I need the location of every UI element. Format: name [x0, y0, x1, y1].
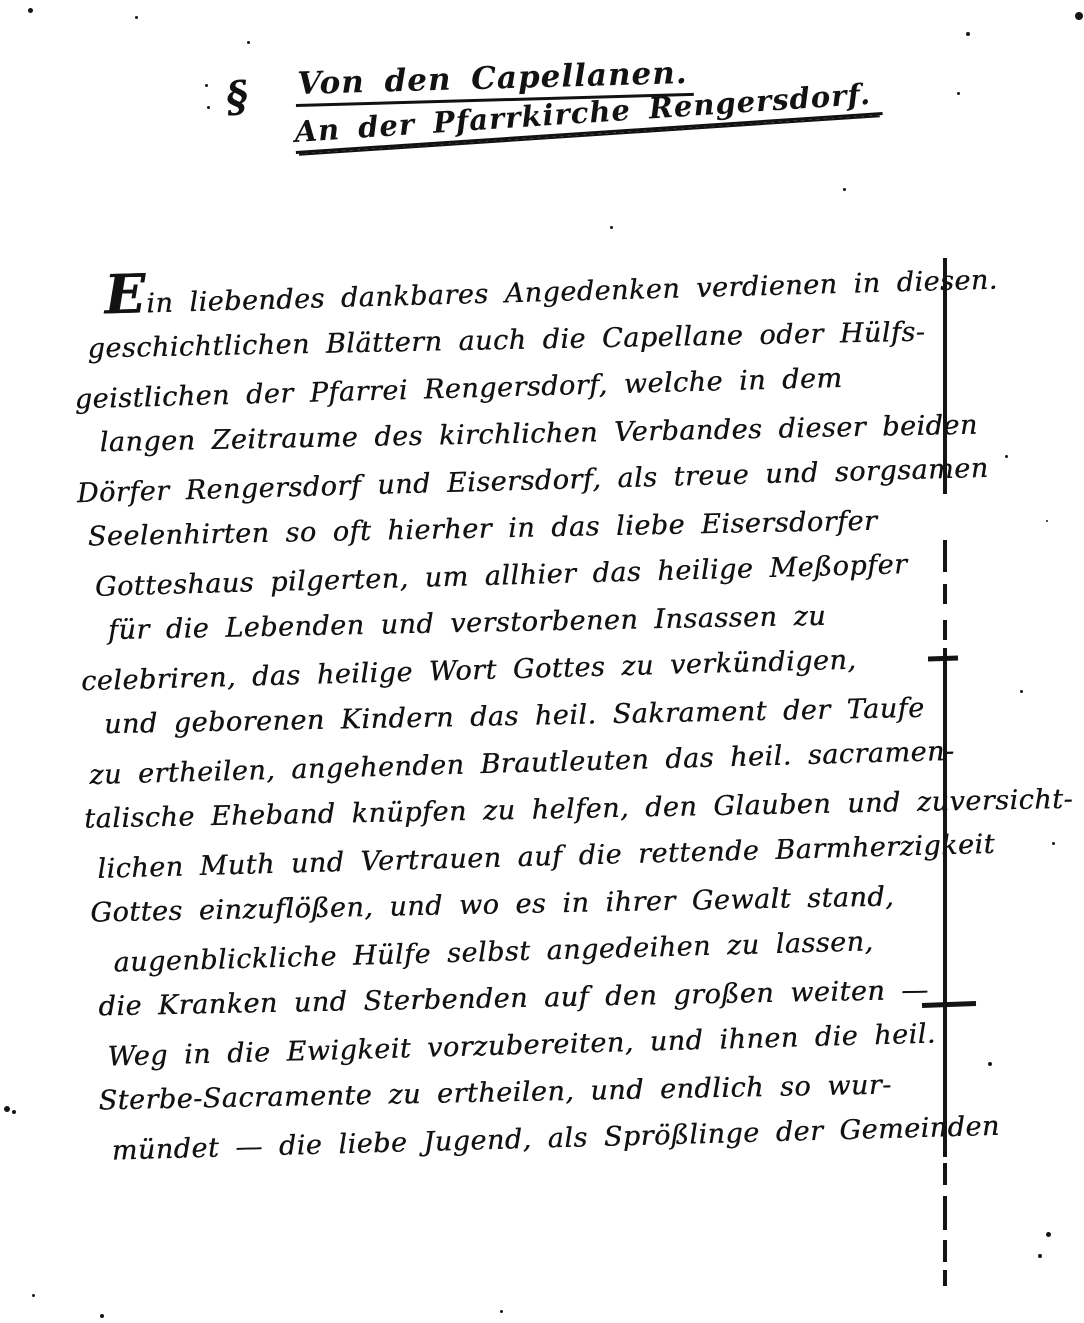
- ink-speck: [205, 84, 208, 87]
- ink-speck: [247, 41, 250, 44]
- ink-speck: [843, 188, 846, 191]
- ink-speck: [957, 92, 960, 95]
- ink-speck: [4, 1106, 10, 1112]
- page-fold-line: [943, 584, 947, 604]
- page-fold-line: [943, 1240, 947, 1262]
- ink-speck: [1020, 690, 1023, 693]
- page-fold-line: [943, 1163, 947, 1185]
- ink-speck: [207, 106, 210, 109]
- page-fold-line: [943, 1196, 947, 1230]
- page-fold-line: [943, 648, 947, 1157]
- section-paragraph-mark: §: [223, 71, 250, 122]
- ink-speck: [966, 32, 970, 36]
- crossing-dash: [928, 655, 958, 661]
- ink-speck: [1005, 455, 1008, 458]
- ink-speck: [100, 1314, 104, 1318]
- manuscript-page: § Von den Capellanen. An der Pfarrkirche…: [0, 0, 1084, 1323]
- ink-speck: [988, 1062, 992, 1066]
- ink-speck: [28, 8, 33, 13]
- ink-speck: [1052, 842, 1055, 845]
- page-fold-line: [943, 620, 947, 640]
- ink-speck: [500, 1310, 503, 1313]
- ink-speck: [12, 1110, 16, 1114]
- ink-speck: [32, 1294, 35, 1297]
- ink-speck: [135, 16, 138, 19]
- ink-speck: [1046, 520, 1048, 522]
- page-fold-line: [943, 258, 947, 494]
- page-fold-line: [943, 540, 947, 572]
- ink-speck: [1075, 12, 1083, 20]
- ink-speck: [1038, 1254, 1042, 1258]
- ink-speck: [1046, 1232, 1051, 1237]
- ink-speck: [610, 226, 613, 229]
- manuscript-body: Ein liebendes dankbares Angedenken verdi…: [72, 260, 984, 1173]
- manuscript-heading: Von den Capellanen. An der Pfarrkirche R…: [296, 66, 916, 154]
- page-fold-line: [943, 1270, 947, 1286]
